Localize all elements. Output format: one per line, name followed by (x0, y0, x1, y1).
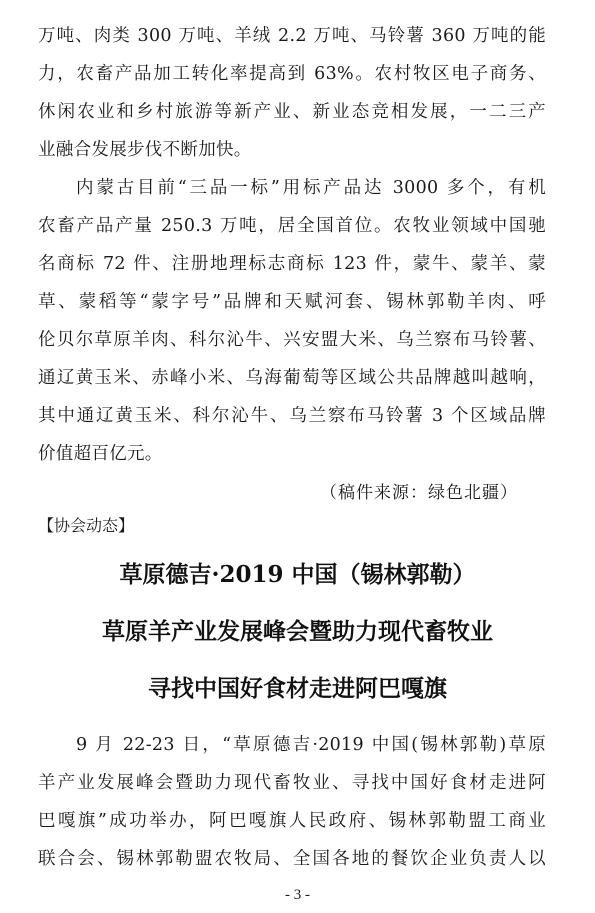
text-line: 羊产业发展峰会暨助力现代畜牧业、寻找中国好食材走进阿 (38, 772, 546, 794)
text-line: 其中通辽黄玉米、科尔沁牛、乌兰察布马铃薯 3 个区域品牌 (38, 405, 546, 427)
text-line: 联合会、锡林郭勒盟农牧局、全国各地的餐饮企业负责人以 (38, 848, 546, 870)
text-line: 农畜产品产量 250.3 万吨，居全国首位。农牧业领域中国驰 (38, 215, 546, 237)
title-line: 寻找中国好食材走进阿巴嘎旗 (0, 674, 595, 704)
page-number: - 3 - (0, 886, 595, 904)
text-line: 休闲农业和乡村旅游等新产业、新业态竞相发展，一二三产 (38, 101, 546, 123)
text-line: 通辽黄玉米、赤峰小米、乌海葡萄等区域公共品牌越叫越响， (38, 367, 546, 389)
text-line: 业融合发展步伐不断加快。 (38, 139, 546, 161)
text-line: 巴嘎旗”成功举办，阿巴嘎旗人民政府、锡林郭勒盟工商业 (38, 810, 546, 832)
text-line: 内蒙古目前“三品一标”用标产品达 3000 多个，有机 (76, 177, 546, 199)
text-line: 名商标 72 件、注册地理标志商标 123 件，蒙牛、蒙羊、蒙 (38, 253, 546, 275)
text-line: 伦贝尔草原羊肉、科尔沁牛、兴安盟大米、乌兰察布马铃薯、 (38, 329, 546, 351)
source-note: （稿件来源：绿色北疆） (320, 482, 518, 504)
title-line: 草原羊产业发展峰会暨助力现代畜牧业 (0, 617, 595, 647)
text-line: 力，农畜产品加工转化率提高到 63%。农村牧区电子商务、 (38, 63, 546, 85)
text-line: 价值超百亿元。 (38, 443, 546, 465)
title-line: 草原德吉·2019 中国（锡林郭勒） (0, 560, 595, 590)
text-line: 草、蒙稻等“蒙字号”品牌和天赋河套、锡林郭勒羊肉、呼 (38, 291, 546, 313)
section-tag: 【协会动态】 (38, 515, 134, 537)
text-line: 9 月 22-23 日，“草原德吉·2019 中国(锡林郭勒)草原 (76, 734, 546, 756)
text-line: 万吨、肉类 300 万吨、羊绒 2.2 万吨、马铃薯 360 万吨的能 (38, 25, 546, 47)
